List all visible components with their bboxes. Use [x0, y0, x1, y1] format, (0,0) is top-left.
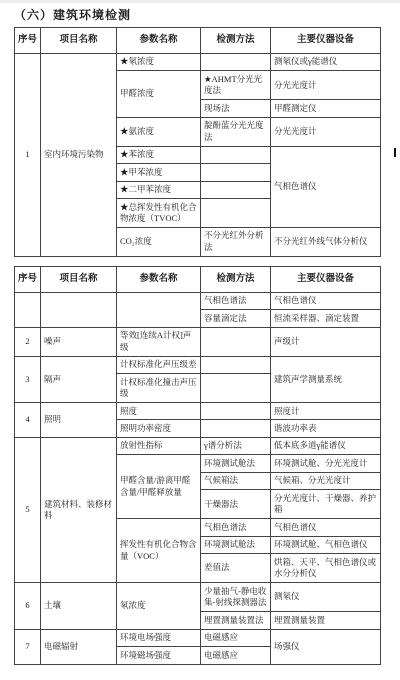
cell-voc-diff-method: 差值法: [201, 554, 271, 583]
cell-site-equip: 甲醛测定仪: [271, 100, 381, 117]
cell-insulation-method-empty-1: [201, 356, 271, 373]
row-continuation-gc: 气相色谱法 气相色谱仪: [15, 292, 381, 309]
cell-seq-1: 1: [15, 53, 41, 256]
cell-ammonia-method: 靛酚蓝分光光度法: [201, 117, 271, 146]
scan-artifact-mark: [394, 148, 396, 157]
cell-seq-5: 5: [15, 437, 41, 582]
row-radioactive: 5 建筑材料、装修材料 放射性指标 γ谱分析法 低本底多道γ能谱仪: [15, 437, 381, 454]
cell-ammonia-param: ★氨浓度: [117, 117, 201, 146]
cell-benzene-method-empty: [201, 146, 271, 163]
cell-lpd-equip: 谐波功率表: [271, 420, 381, 437]
row-illuminance: 4 照明 照度 照度计: [15, 403, 381, 420]
cell-project-indoor: 室内环境污染物: [41, 53, 117, 256]
cell-seq-2: 2: [15, 327, 41, 356]
cell-voc-chamber-method: 环境测试舱法: [201, 536, 271, 553]
cell-soil-equip-1: 测氡仪: [271, 583, 381, 612]
header-param: 参数名称: [117, 28, 201, 54]
cell-insulation-method-empty-2: [201, 374, 271, 403]
cell-desiccator-equip: 分光光度计、干燥器、养护箱: [271, 490, 381, 519]
cell-efield-param: 环境电场强度: [117, 629, 201, 646]
cell-chamber-equip: 环境测试舱、分光光度计: [271, 455, 381, 472]
cell-project-emr: 电磁辐射: [41, 629, 117, 664]
header-method: 检测方法: [201, 266, 271, 292]
cell-radioactive-param: 放射性指标: [117, 437, 201, 454]
cell-noise-equip: 声级计: [271, 327, 381, 356]
cell-insulation-equip: 建筑声学测量系统: [271, 356, 381, 402]
cell-tvoc-param: ★总挥发性有机化合物浓度（TVOC）: [117, 199, 201, 228]
cell-benzene-param: ★苯浓度: [117, 146, 201, 163]
cell-xylene-param: ★二甲苯浓度: [117, 181, 201, 198]
cell-seq-6: 6: [15, 583, 41, 629]
cell-tvoc-method-empty: [201, 199, 271, 228]
cell-site-method: 现场法: [201, 100, 271, 117]
cell-soil-method-1: 少量抽气-静电收集-射线探测器法: [201, 583, 271, 612]
cell-cont-titration-method: 容量滴定法: [201, 310, 271, 327]
cell-formaldehyde-param: 甲醛浓度: [117, 71, 201, 117]
cell-climate-method: 气候箱法: [201, 472, 271, 489]
cell-cont-gc-method: 气相色谱法: [201, 292, 271, 309]
cell-mfield-method: 电磁感应: [201, 647, 271, 664]
cell-gc-equip: 气相色谱仪: [271, 146, 381, 227]
cell-project-insulation: 隔声: [41, 356, 117, 402]
cell-seq-3: 3: [15, 356, 41, 402]
cell-xylene-method-empty: [201, 181, 271, 198]
cell-cont-project-empty: [41, 292, 117, 327]
cell-voc-diff-equip: 烘箱、天平、气相色谱仪或水分分析仪: [271, 554, 381, 583]
header-equipment: 主要仪器设备: [271, 266, 381, 292]
header-project: 项目名称: [41, 28, 117, 54]
cell-voc-gc-equip: 气相色谱仪: [271, 519, 381, 536]
cell-efield-method: 电磁感应: [201, 629, 271, 646]
cell-radon-equip: 测氡仪或γ能谱仪: [271, 53, 381, 70]
table1-header-row: 序号 项目名称 参数名称 检测方法 主要仪器设备: [15, 28, 381, 54]
cell-illuminance-equip: 照度计: [271, 403, 381, 420]
header-equipment: 主要仪器设备: [271, 28, 381, 54]
cell-seq-7: 7: [15, 629, 41, 664]
row-noise: 2 噪声 等效[连续A计权]声级 声级计: [15, 327, 381, 356]
cell-toluene-param: ★甲苯浓度: [117, 164, 201, 181]
section-title: （六）建筑环境检测: [14, 6, 400, 23]
cell-co2-equip: 不分光红外线气体分析仪: [271, 227, 381, 256]
row-radon: 1 室内环境污染物 ★氡浓度 测氡仪或γ能谱仪: [15, 53, 381, 70]
cell-voc-gc-method: 气相色谱法: [201, 519, 271, 536]
cell-soil-method-2: 埋置测量装置法: [201, 612, 271, 629]
cell-co2-param: CO₂浓度: [117, 227, 201, 256]
cell-climate-equip: 气候箱、分光光度计: [271, 472, 381, 489]
cell-radioactive-equip: 低本底多道γ能谱仪: [271, 437, 381, 454]
cell-ammonia-equip: 分光光度计: [271, 117, 381, 146]
header-seq: 序号: [15, 266, 41, 292]
table2-header-row: 序号 项目名称 参数名称 检测方法 主要仪器设备: [15, 266, 381, 292]
cell-radioactive-method: γ谱分析法: [201, 437, 271, 454]
cell-co2-method: 不分光红外分析法: [201, 227, 271, 256]
cell-desiccator-method: 干燥器法: [201, 490, 271, 519]
cell-cont-seq-empty: [15, 292, 41, 327]
cell-lpd-method-empty: [201, 420, 271, 437]
cell-cont-gc-equip: 气相色谱仪: [271, 292, 381, 309]
cell-emr-equip: 场强仪: [271, 629, 381, 664]
cell-chamber-method: 环境测试舱法: [201, 455, 271, 472]
cell-toluene-method-empty: [201, 164, 271, 181]
header-method: 检测方法: [201, 28, 271, 54]
scan-artifact-top: [0, 0, 400, 3]
cell-mfield-param: 环境磁场强度: [117, 647, 201, 664]
cell-insulation-param2: 计权标准化撞击声压级: [117, 374, 201, 403]
header-project: 项目名称: [41, 266, 117, 292]
cell-radon-param: ★氡浓度: [117, 53, 201, 70]
cell-noise-method-empty: [201, 327, 271, 356]
cell-formaldehyde-content-param: 甲醛含量/游离甲醛含量/甲醛释放量: [117, 455, 201, 519]
cell-cont-param-empty: [117, 292, 201, 327]
row-efield: 7 电磁辐射 环境电场强度 电磁感应 场强仪: [15, 629, 381, 646]
cell-noise-param: 等效[连续A计权]声级: [117, 327, 201, 356]
cell-ahmt-method: ★AHMT分光光度法: [201, 71, 271, 100]
cell-ahmt-equip: 分光光度计: [271, 71, 381, 100]
cell-insulation-param1: 计权标准化声压级差: [117, 356, 201, 373]
cell-radon-method-empty: [201, 53, 271, 70]
cell-soil-radon-param: 氡浓度: [117, 583, 201, 629]
cell-voc-param: 挥发性有机化合物含量（VOC）: [117, 519, 201, 583]
cell-project-soil: 土壤: [41, 583, 117, 629]
cell-lpd-param: 照明功率密度: [117, 420, 201, 437]
header-seq: 序号: [15, 28, 41, 54]
cell-soil-equip-2: 埋置测量装置: [271, 612, 381, 629]
cell-illuminance-method-empty: [201, 403, 271, 420]
building-environment-table-2: 序号 项目名称 参数名称 检测方法 主要仪器设备 气相色谱法 气相色谱仪 容量滴…: [14, 266, 381, 665]
row-soil-radon-1: 6 土壤 氡浓度 少量抽气-静电收集-射线探测器法 测氡仪: [15, 583, 381, 612]
cell-cont-titration-equip: 恒流采样器、滴定装置: [271, 310, 381, 327]
indoor-pollutants-table: 序号 项目名称 参数名称 检测方法 主要仪器设备 1 室内环境污染物 ★氡浓度 …: [14, 27, 381, 257]
cell-voc-chamber-equip: 环境测试舱、气相色谱仪: [271, 536, 381, 553]
row-insulation-1: 3 隔声 计权标准化声压级差 建筑声学测量系统: [15, 356, 381, 373]
cell-project-noise: 噪声: [41, 327, 117, 356]
cell-project-lighting: 照明: [41, 403, 117, 438]
cell-seq-4: 4: [15, 403, 41, 438]
cell-illuminance-param: 照度: [117, 403, 201, 420]
header-param: 参数名称: [117, 266, 201, 292]
cell-project-materials: 建筑材料、装修材料: [41, 437, 117, 582]
